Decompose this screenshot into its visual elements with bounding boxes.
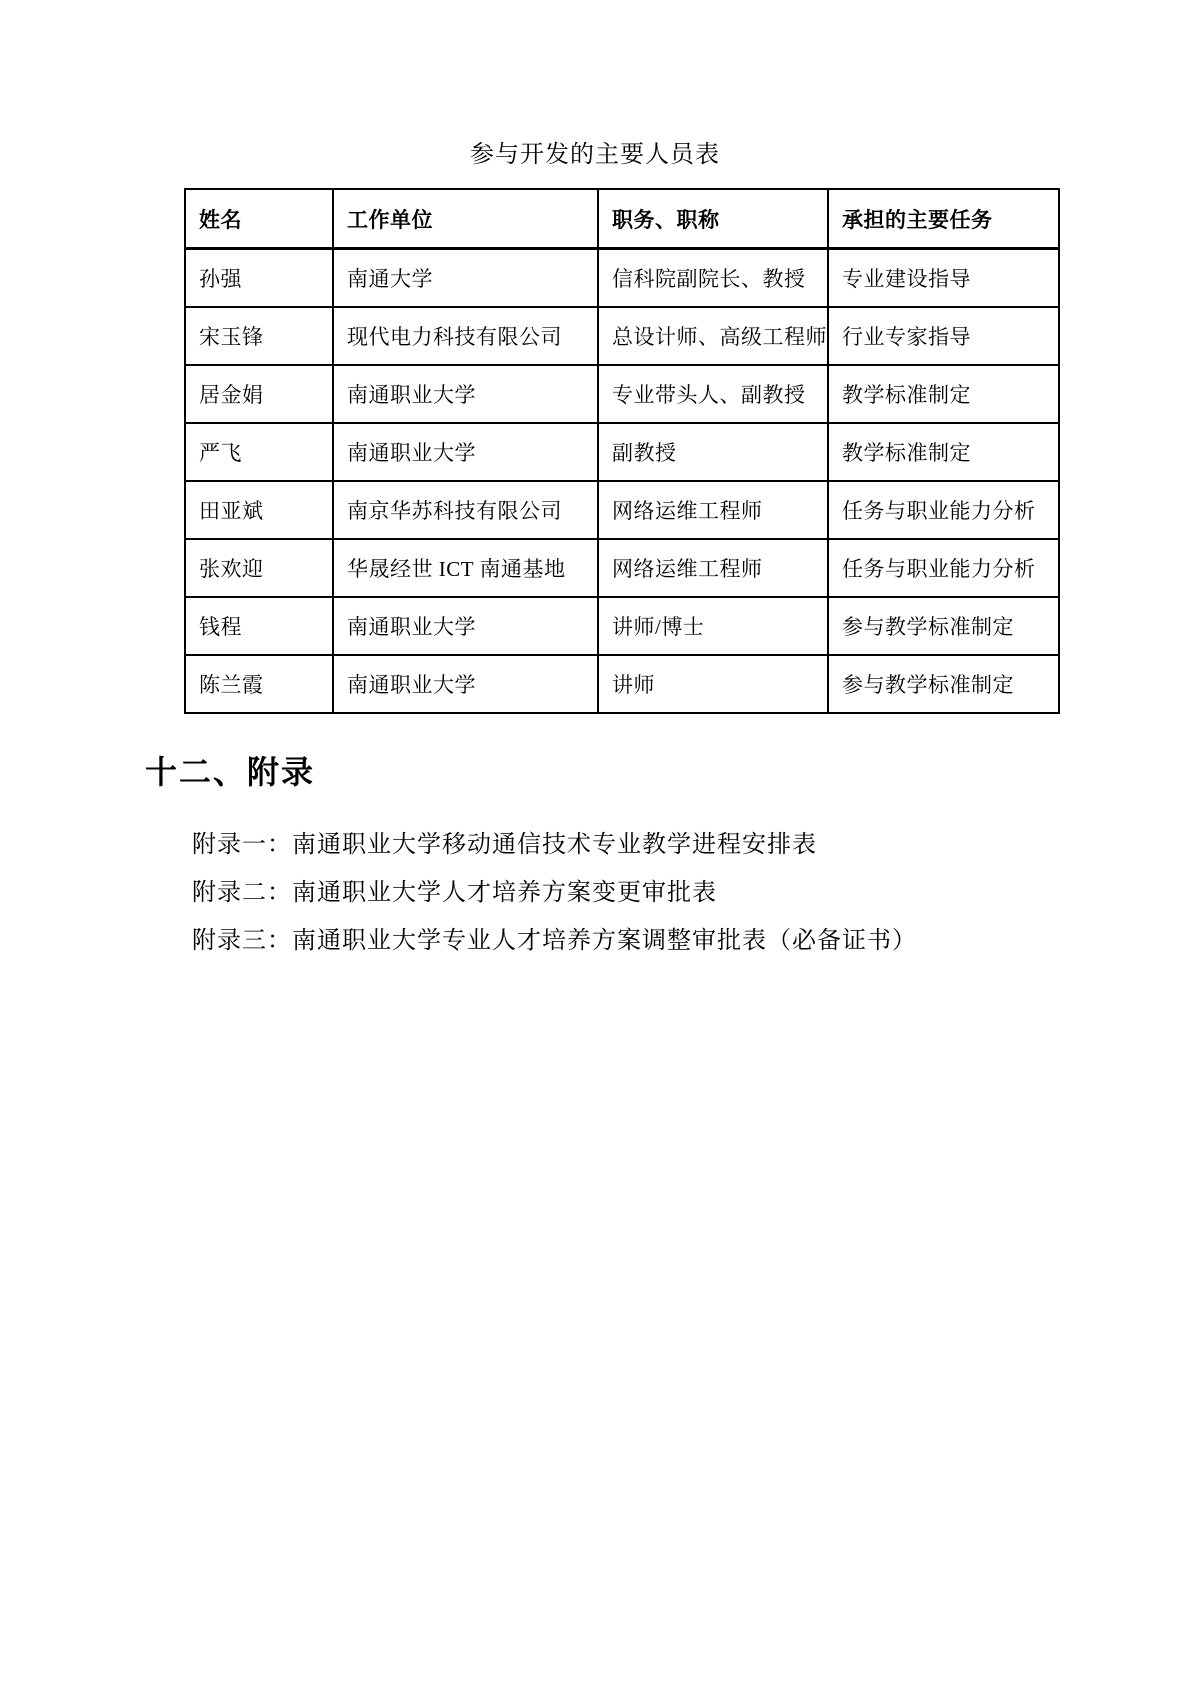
main-task-cell: 教学标准制定 (828, 365, 1059, 423)
position-title-cell: 网络运维工程师 (598, 481, 828, 539)
main-task-cell: 行业专家指导 (828, 307, 1059, 365)
table-row: 钱程 南通职业大学 讲师/博士 参与教学标准制定 (185, 597, 1059, 655)
position-title-cell: 总设计师、高级工程师 (598, 307, 828, 365)
work-unit-cell: 现代电力科技有限公司 (333, 307, 598, 365)
work-unit-cell: 南通职业大学 (333, 597, 598, 655)
name-cell: 居金娟 (185, 365, 333, 423)
name-cell: 孙强 (185, 249, 333, 308)
work-unit-cell: 南通大学 (333, 249, 598, 308)
table-row: 宋玉锋 现代电力科技有限公司 总设计师、高级工程师 行业专家指导 (185, 307, 1059, 365)
table-row: 孙强 南通大学 信科院副院长、教授 专业建设指导 (185, 249, 1059, 308)
position-title-cell: 网络运维工程师 (598, 539, 828, 597)
header-name: 姓名 (185, 189, 333, 249)
main-task-cell: 教学标准制定 (828, 423, 1059, 481)
name-cell: 田亚斌 (185, 481, 333, 539)
section-heading-appendix: 十二、附录 (145, 753, 315, 791)
main-task-cell: 参与教学标准制定 (828, 597, 1059, 655)
table-row: 张欢迎 华晟经世 ICT 南通基地 网络运维工程师 任务与职业能力分析 (185, 539, 1059, 597)
table-row: 严飞 南通职业大学 副教授 教学标准制定 (185, 423, 1059, 481)
name-cell: 钱程 (185, 597, 333, 655)
table-header-row: 姓名 工作单位 职务、职称 承担的主要任务 (185, 189, 1059, 249)
appendix-item-3: 附录三：南通职业大学专业人才培养方案调整审批表（必备证书） (192, 917, 917, 965)
main-task-cell: 任务与职业能力分析 (828, 481, 1059, 539)
name-cell: 陈兰霞 (185, 655, 333, 713)
position-title-cell: 信科院副院长、教授 (598, 249, 828, 308)
work-unit-cell: 南通职业大学 (333, 365, 598, 423)
name-cell: 张欢迎 (185, 539, 333, 597)
table-row: 居金娟 南通职业大学 专业带头人、副教授 教学标准制定 (185, 365, 1059, 423)
main-task-cell: 专业建设指导 (828, 249, 1059, 308)
appendix-list: 附录一：南通职业大学移动通信技术专业教学进程安排表 附录二：南通职业大学人才培养… (192, 821, 917, 965)
main-task-cell: 任务与职业能力分析 (828, 539, 1059, 597)
name-cell: 严飞 (185, 423, 333, 481)
table-row: 陈兰霞 南通职业大学 讲师 参与教学标准制定 (185, 655, 1059, 713)
main-task-cell: 参与教学标准制定 (828, 655, 1059, 713)
appendix-item-2: 附录二：南通职业大学人才培养方案变更审批表 (192, 869, 917, 917)
header-position-title: 职务、职称 (598, 189, 828, 249)
work-unit-cell: 华晟经世 ICT 南通基地 (333, 539, 598, 597)
appendix-item-1: 附录一：南通职业大学移动通信技术专业教学进程安排表 (192, 821, 917, 869)
table-row: 田亚斌 南京华苏科技有限公司 网络运维工程师 任务与职业能力分析 (185, 481, 1059, 539)
table-title: 参与开发的主要人员表 (158, 140, 1032, 170)
header-main-task: 承担的主要任务 (828, 189, 1059, 249)
position-title-cell: 讲师/博士 (598, 597, 828, 655)
header-work-unit: 工作单位 (333, 189, 598, 249)
name-cell: 宋玉锋 (185, 307, 333, 365)
document-page: 参与开发的主要人员表 姓名 工作单位 职务、职称 承担的主要任务 孙强 南通大学… (0, 0, 1191, 1684)
work-unit-cell: 南通职业大学 (333, 423, 598, 481)
personnel-table: 姓名 工作单位 职务、职称 承担的主要任务 孙强 南通大学 信科院副院长、教授 … (184, 188, 1060, 714)
position-title-cell: 专业带头人、副教授 (598, 365, 828, 423)
work-unit-cell: 南京华苏科技有限公司 (333, 481, 598, 539)
position-title-cell: 讲师 (598, 655, 828, 713)
work-unit-cell: 南通职业大学 (333, 655, 598, 713)
position-title-cell: 副教授 (598, 423, 828, 481)
